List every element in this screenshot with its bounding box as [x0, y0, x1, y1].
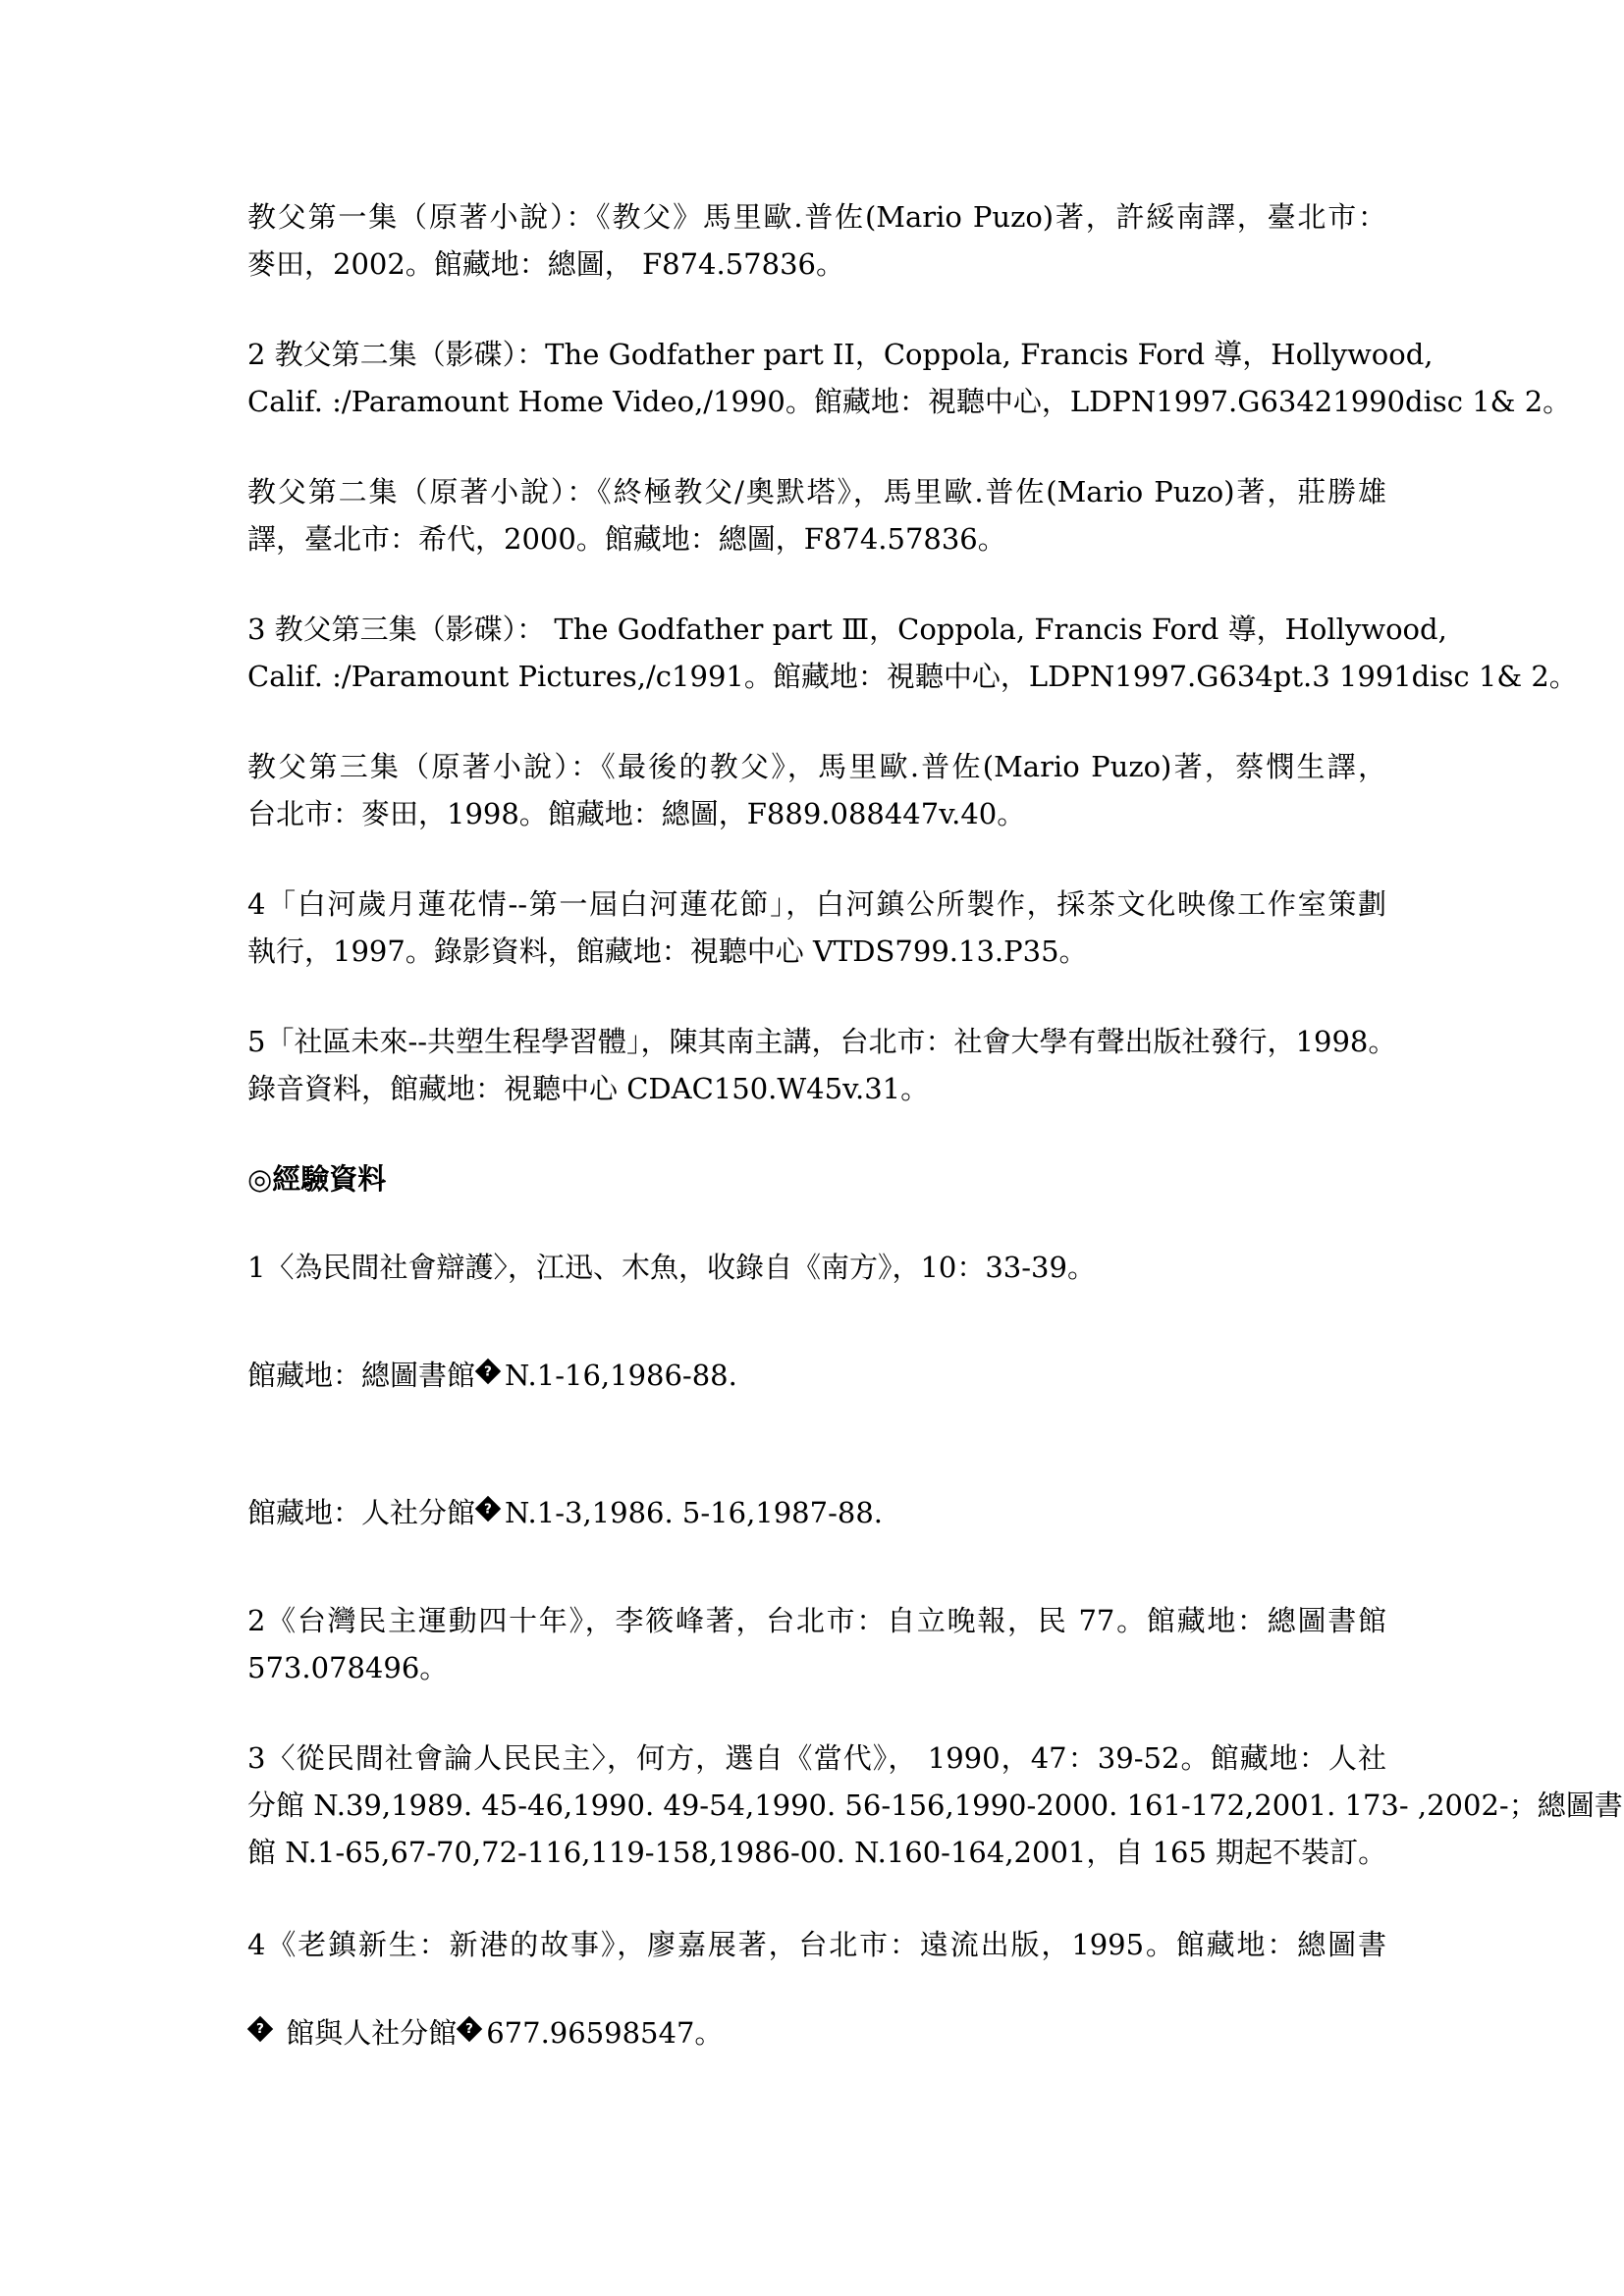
entry-line: Calif. :/Paramount Pictures,/c1991。館藏地：視… [247, 652, 1386, 701]
holding-location-label: 館與人社分館 [286, 2016, 457, 2050]
entry-line: 台北市：麥田，1998。館藏地：總圖，F889.088447v.40。 [247, 789, 1386, 838]
holding-location-line: 館藏地：人社分館N.1-3,1986. 5-16,1987-88. [247, 1488, 1386, 1537]
entry-line: 4「白河歲月蓮花情--第一屆白河蓮花節」，白河鎮公所製作，採茶文化映像工作室策劃 [247, 880, 1386, 929]
entry-line: 教父第三集（原著小說）：《最後的教父》，馬里歐.普佐(Mario Puzo)著，… [247, 742, 1386, 791]
holding-range: N.1-16,1986-88. [505, 1359, 737, 1392]
replacement-char-icon [475, 1359, 501, 1384]
experience-item-2-line: 573.078496。 [247, 1643, 1386, 1692]
entry-line: 麥田，2002。館藏地：總圖， F874.57836。 [247, 240, 1386, 289]
holding-range: N.1-3,1986. 5-16,1987-88. [505, 1496, 883, 1529]
entry-line: 教父第一集（原著小說）：《教父》馬里歐.普佐(Mario Puzo)著，許綏南譯… [247, 192, 1386, 241]
replacement-char-icon [475, 1496, 501, 1522]
replacement-char-icon [247, 2016, 273, 2042]
entry-line: 錄音資料，館藏地：視聽中心 CDAC150.W45v.31。 [247, 1064, 1386, 1113]
experience-item-3-line: 館 N.1-65,67-70,72-116,119-158,1986-00. N… [247, 1828, 1386, 1877]
entry-line: 譯，臺北市：希代，2000。館藏地：總圖，F874.57836。 [247, 514, 1386, 563]
entry-line: 教父第二集（原著小說）：《終極教父/奧默塔》，馬里歐.普佐(Mario Puzo… [247, 467, 1386, 516]
experience-item-1: 1〈為民間社會辯護〉，江迅、木魚，收錄自《南方》，10：33-39。 [247, 1243, 1386, 1292]
entry-line: 2 教父第二集（影碟）：The Godfather part II，Coppol… [247, 330, 1386, 379]
entry-line: 執行，1997。錄影資料，館藏地：視聽中心 VTDS799.13.P35。 [247, 927, 1386, 976]
section-heading: ◎經驗資料 [247, 1154, 1386, 1203]
holding-location-label: 館藏地：人社分館 [247, 1496, 475, 1529]
holding-location-label: 館藏地：總圖書館 [247, 1359, 475, 1392]
experience-item-4-line: 館與人社分館677.96598547。 [247, 2008, 1386, 2057]
experience-item-2-line: 2《台灣民主運動四十年》，李筱峰著，台北市：自立晚報，民 77。館藏地：總圖書館 [247, 1596, 1386, 1645]
entry-line: Calif. :/Paramount Home Video,/1990。館藏地：… [247, 377, 1386, 426]
experience-item-3-line: 3〈從民間社會論人民民主〉，何方，選自《當代》， 1990，47：39-52。館… [247, 1734, 1386, 1783]
experience-item-3-line: 分館 N.39,1989. 45-46,1990. 49-54,1990. 56… [247, 1781, 1386, 1830]
holding-location-line: 館藏地：總圖書館N.1-16,1986-88. [247, 1351, 1386, 1400]
experience-item-4-line: 4《老鎮新生：新港的故事》，廖嘉展著，台北市：遠流出版，1995。館藏地：總圖書 [247, 1920, 1386, 1969]
call-number: 677.96598547。 [486, 2016, 723, 2050]
entry-line: 5「社區未來--共塑生程學習體」，陳其南主講，台北市：社會大學有聲出版社發行，1… [247, 1017, 1386, 1066]
entry-line: 3 教父第三集（影碟）： The Godfather part Ⅲ，Coppol… [247, 605, 1386, 654]
document-page: 教父第一集（原著小說）：《教父》馬里歐.普佐(Mario Puzo)著，許綏南譯… [0, 0, 1624, 2296]
replacement-char-icon [457, 2016, 482, 2042]
